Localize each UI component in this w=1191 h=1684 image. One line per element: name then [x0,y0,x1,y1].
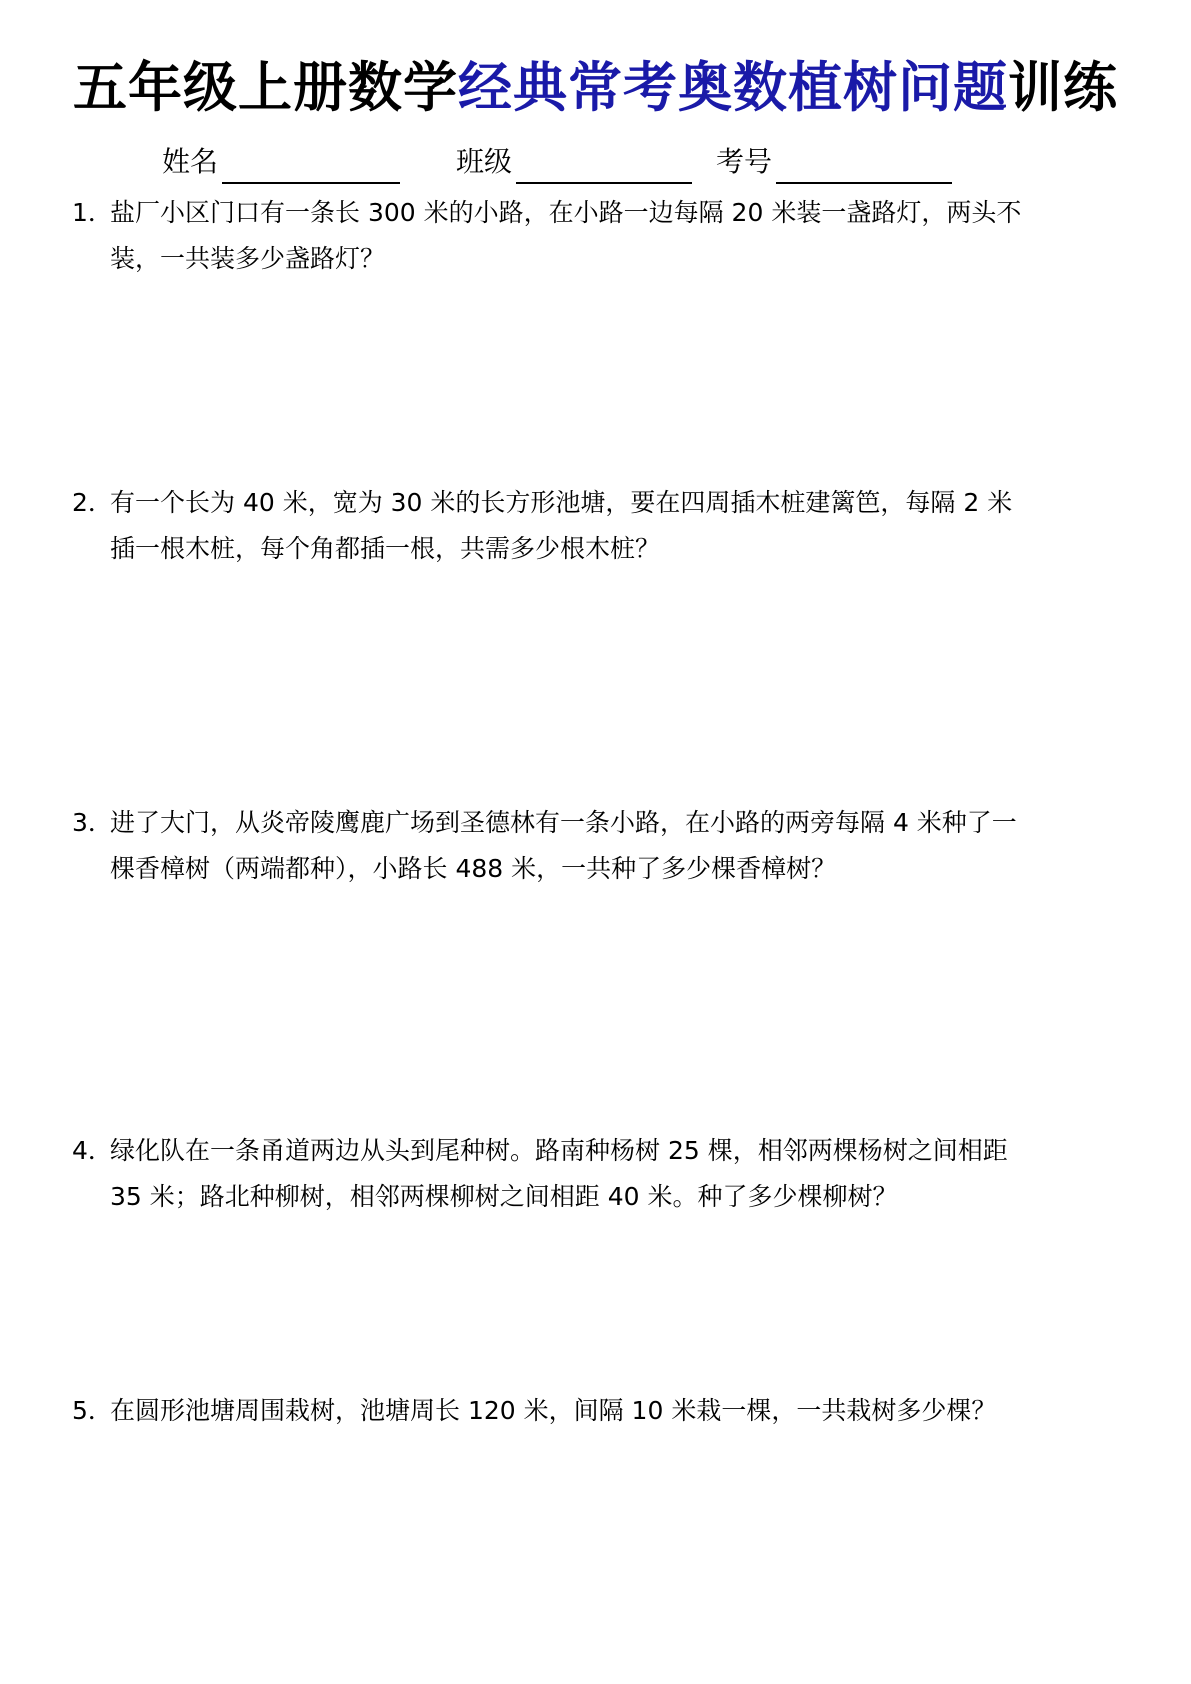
question-2: 2．有一个长为 40 米，宽为 30 米的长方形池塘，要在四周插木桩建篱笆，每隔… [72,480,1132,572]
id-label: 考号 [716,140,772,184]
question-number: 1． [72,190,110,236]
class-blank[interactable] [516,146,692,184]
class-field: 班级 [456,140,692,184]
question-text-cont: 插一根木桩，每个角都插一根，共需多少根木桩？ [72,526,1132,572]
title-part-blue: 经典常考奥数植树问题 [458,56,1008,119]
question-text: 进了大门，从炎帝陵鹰鹿广场到圣德林有一条小路，在小路的两旁每隔 4 米种了一 [110,808,1017,837]
id-field: 考号 [716,140,952,184]
question-3: 3．进了大门，从炎帝陵鹰鹿广场到圣德林有一条小路，在小路的两旁每隔 4 米种了一… [72,800,1132,892]
question-number: 3． [72,800,110,846]
question-text-cont: 装，一共装多少盏路灯？ [72,236,1132,282]
question-text-cont: 35 米；路北种柳树，相邻两棵柳树之间相距 40 米。种了多少棵柳树？ [72,1174,1132,1220]
question-5: 5．在圆形池塘周围栽树，池塘周长 120 米，间隔 10 米栽一棵，一共栽树多少… [72,1388,1132,1434]
question-text: 盐厂小区门口有一条长 300 米的小路，在小路一边每隔 20 米装一盏路灯，两头… [110,198,1021,227]
question-1: 1．盐厂小区门口有一条长 300 米的小路，在小路一边每隔 20 米装一盏路灯，… [72,190,1132,282]
question-text-cont: 棵香樟树（两端都种），小路长 488 米，一共种了多少棵香樟树？ [72,846,1132,892]
question-number: 2． [72,480,110,526]
question-text: 绿化队在一条甬道两边从头到尾种树。路南种杨树 25 棵，相邻两棵杨树之间相距 [110,1136,1008,1165]
id-blank[interactable] [776,146,952,184]
question-number: 4． [72,1128,110,1174]
question-number: 5． [72,1388,110,1434]
student-info-row: 姓名 班级 考号 [162,140,952,184]
name-label: 姓名 [162,140,218,184]
question-text: 在圆形池塘周围栽树，池塘周长 120 米，间隔 10 米栽一棵，一共栽树多少棵？ [110,1396,996,1425]
question-text: 有一个长为 40 米，宽为 30 米的长方形池塘，要在四周插木桩建篱笆，每隔 2… [110,488,1012,517]
title-part-end: 训练 [1008,56,1118,119]
title-part-black: 五年级上册数学 [73,56,458,119]
class-label: 班级 [456,140,512,184]
page-title: 五年级上册数学经典常考奥数植树问题训练 [0,48,1191,128]
name-blank[interactable] [222,146,400,184]
question-4: 4．绿化队在一条甬道两边从头到尾种树。路南种杨树 25 棵，相邻两棵杨树之间相距… [72,1128,1132,1220]
name-field: 姓名 [162,140,400,184]
